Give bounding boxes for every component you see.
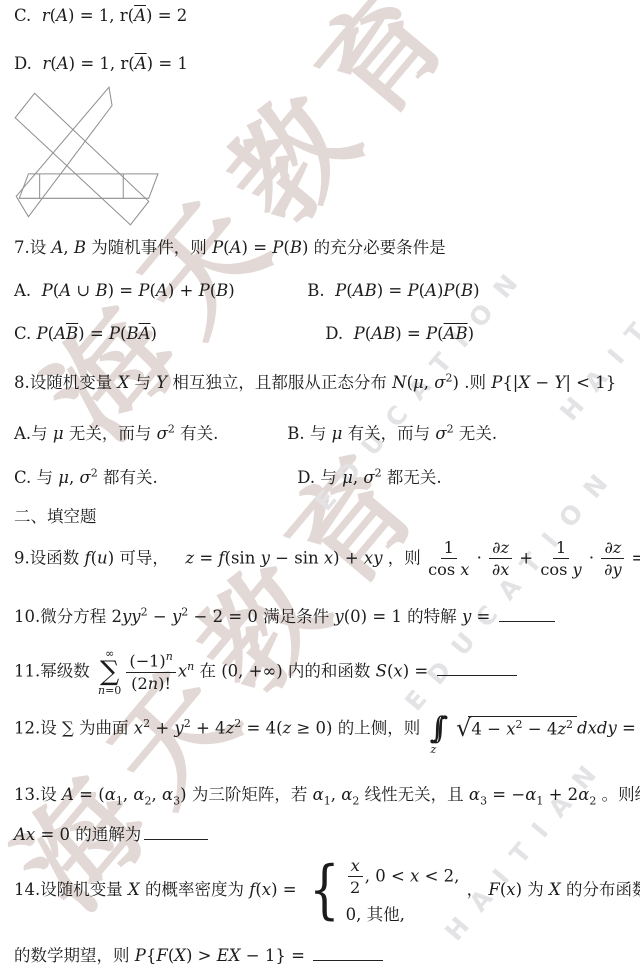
question-13-line-1: 13.设 A = (α1, α2, α3) 为三阶矩阵，若 α1, α2 线性无… (14, 781, 640, 807)
plane-strip-2 (16, 87, 112, 217)
option-7-a: A. P(A ∪ B) = P(A) + P(B) (14, 281, 302, 300)
question-7-stem: 7.设 A, B 为随机事件，则 P(A) = P(B) 的充分必要条件是 (14, 234, 446, 258)
exam-content: C. r(A) = 1, r(A) = 2 D. r(A) = 1, r(A) … (0, 0, 640, 968)
option-d-top: D. r(A) = 1, r(A) = 1 (14, 54, 188, 73)
plane-strip-1 (15, 93, 149, 225)
planes-figure-svg (6, 84, 161, 229)
page-root: 海天教育 海天教育 EDUCATION HAITIAN EDUCATION HA… (0, 0, 640, 968)
option-8-c: C. 与 μ, σ2 都有关. (14, 464, 292, 488)
question-14-line-1: 14.设随机变量 X 的概率密度为 f(x) = {x2, 0 < x < 2,… (14, 856, 640, 925)
question-7-row-ab: A. P(A ∪ B) = P(A) + P(B) B. P(AB) = P(A… (14, 281, 480, 300)
option-7-d: D. P(AB) = P(AB) (325, 324, 474, 343)
option-c-top: C. r(A) = 1, r(A) = 2 (14, 6, 187, 25)
question-8-row-ab: A.与 μ 无关，而与 σ2 有关. B. 与 μ 有关，而与 σ2 无关. (14, 420, 497, 444)
question-9: 9.设函数 f(u) 可导， z = f(sin y − sin x) + xy… (14, 538, 640, 580)
section-2-heading: 二、填空题 (14, 503, 97, 527)
question-7-row-cd: C. P(AB) = P(BA) D. P(AB) = P(AB) (14, 324, 474, 343)
question-12: 12.设 ∑ 为曲面 x2 + y2 + 4z2 = 4(z ≥ 0) 的上侧，… (14, 714, 640, 744)
question-10: 10.微分方程 2yy2 − y2 − 2 = 0 满足条件 y(0) = 1 … (14, 603, 555, 627)
option-8-a: A.与 μ 无关，而与 σ2 有关. (14, 420, 282, 444)
question-13-line-2: Ax = 0 的通解为 (14, 821, 208, 845)
intersecting-planes-figure (6, 84, 161, 233)
option-7-b: B. P(AB) = P(A)P(B) (307, 281, 479, 300)
question-8-row-cd: C. 与 μ, σ2 都有关. D. 与 μ, σ2 都无关. (14, 464, 442, 488)
option-8-b: B. 与 μ 有关，而与 σ2 无关. (287, 420, 497, 444)
question-14-line-2: 的数学期望，则 P{F(X) > EX − 1} = (14, 942, 383, 966)
option-7-c: C. P(AB) = P(BA) (14, 324, 320, 343)
question-11: 11.幂级数 ∞∑n=0(−1)n(2n)!xn 在 (0, +∞) 内的和函数… (14, 648, 517, 696)
question-8-stem: 8.设随机变量 X 与 Y 相互独立，且都服从正态分布 N(μ, σ2) .则 … (14, 369, 616, 393)
option-8-d: D. 与 μ, σ2 都无关. (297, 464, 441, 488)
